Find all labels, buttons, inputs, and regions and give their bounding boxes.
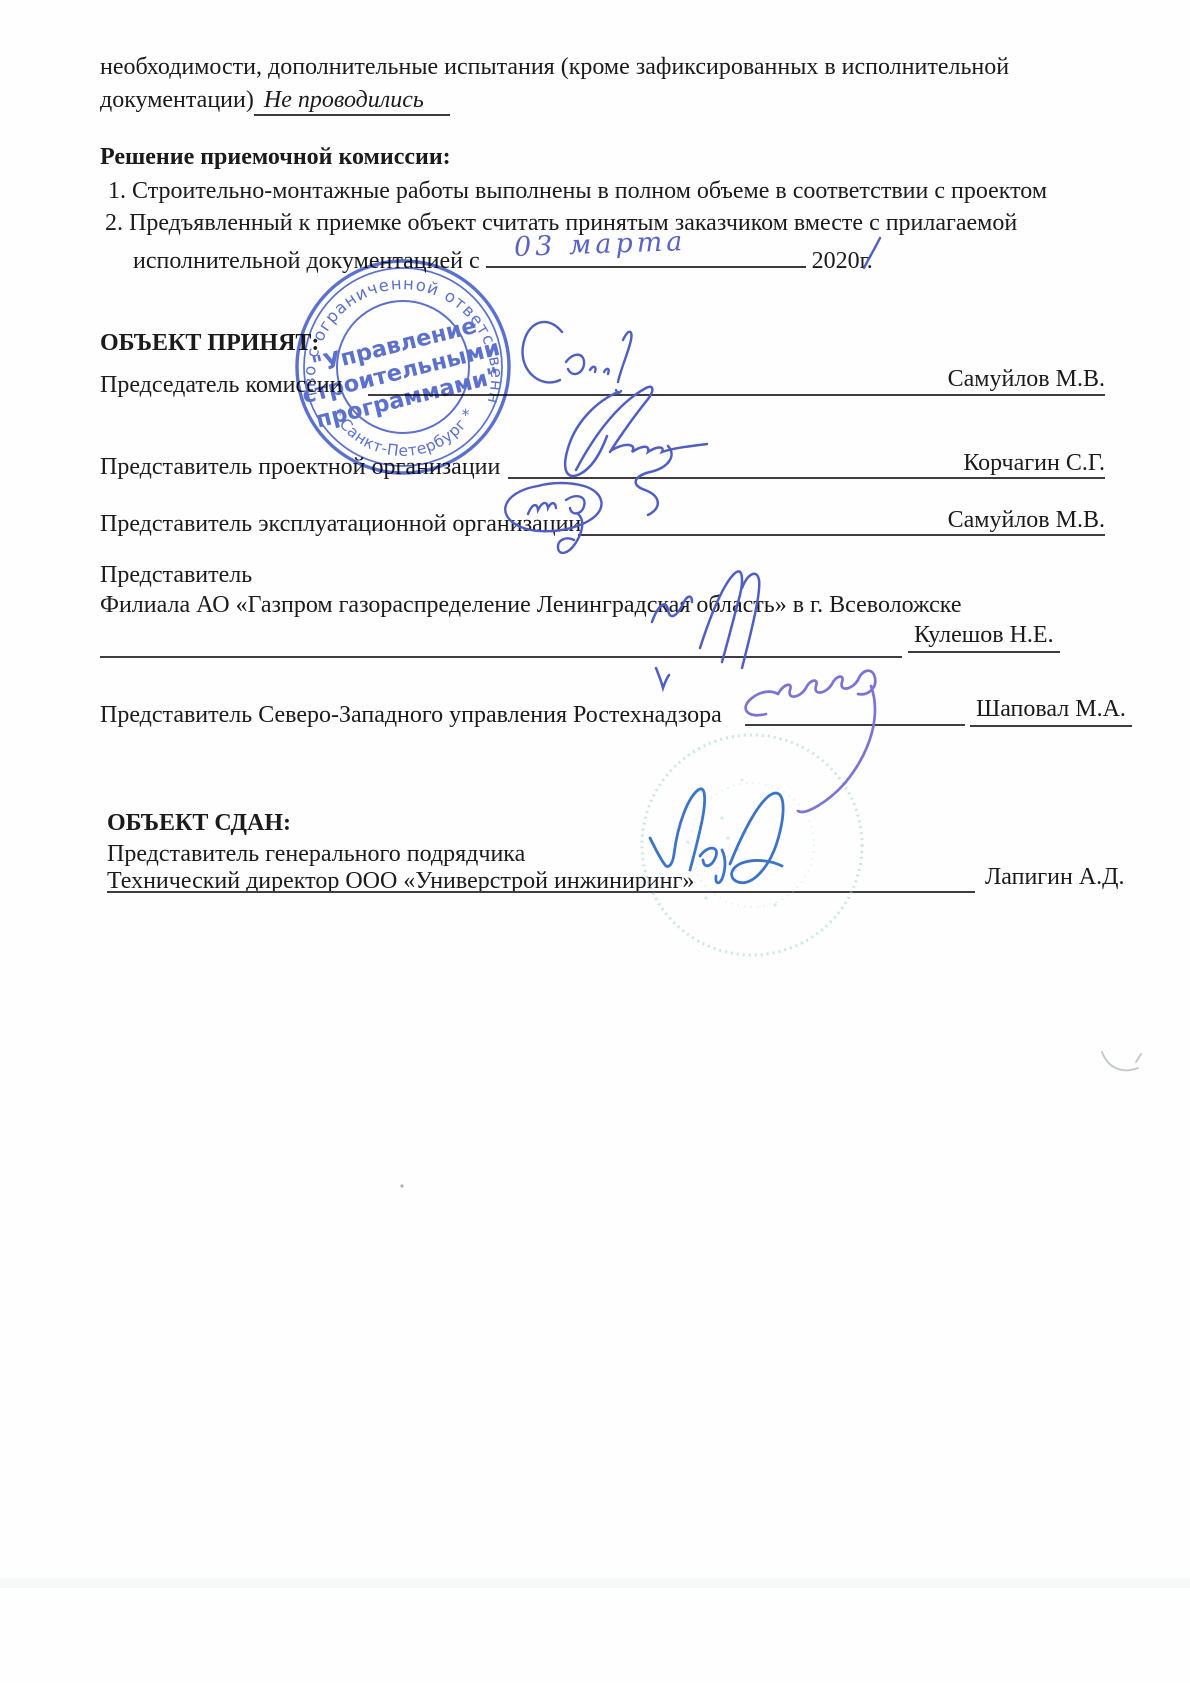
stamp-center-line1: "Управление bbox=[310, 313, 480, 379]
paragraph-line-1: необходимости, дополнительные испытания … bbox=[100, 52, 1009, 82]
handed-contractor-label: Представитель генерального подрядчика bbox=[107, 839, 525, 869]
row-design-org-label: Представитель проектной организации bbox=[100, 452, 500, 482]
row-branch-label-line1: Представитель bbox=[100, 560, 252, 590]
row-operating-org-label: Представитель эксплуатационной организац… bbox=[100, 509, 581, 539]
row-chairman-signature-line bbox=[368, 394, 1105, 396]
row-operating-org-signature-line bbox=[578, 534, 1105, 536]
row-rostekhnadzor-signature-line bbox=[745, 724, 965, 726]
date-blank-line: 03 марта bbox=[486, 238, 806, 268]
row-rostekhnadzor-label: Представитель Северо-Западного управлени… bbox=[100, 700, 722, 730]
decision-item-2-continuation-row: исполнительной документацией с 03 марта … bbox=[133, 238, 873, 276]
row-chairman-label: Председатель комиссии bbox=[100, 370, 342, 400]
scan-crescent-artifact bbox=[1102, 1052, 1141, 1070]
scan-artifact-band bbox=[0, 1578, 1190, 1588]
paragraph-line-2: документации)Не проводились bbox=[100, 85, 450, 115]
decision-item-1: 1. Строительно-монтажные работы выполнен… bbox=[108, 176, 1047, 206]
row-rostekhnadzor-name: Шаповал М.А. bbox=[970, 696, 1132, 727]
signature-branch bbox=[652, 571, 759, 688]
object-accepted-heading: ОБЪЕКТ ПРИНЯТ: bbox=[100, 328, 319, 358]
decision-heading: Решение приемочной комиссии: bbox=[100, 142, 451, 172]
handwritten-answer-not-conducted: Не проводились bbox=[254, 87, 450, 116]
row-branch-signature-line bbox=[100, 656, 902, 658]
handed-name: Лапигин А.Д. bbox=[985, 864, 1125, 891]
paragraph-line-2-prefix: документации) bbox=[100, 87, 254, 113]
item2-continuation-text: исполнительной документацией с bbox=[133, 246, 480, 276]
row-design-org-name: Корчагин С.Г. bbox=[963, 450, 1105, 477]
handwritten-date: 03 марта bbox=[513, 227, 686, 263]
row-branch-label-line2: Филиала АО «Газпром газораспределение Ле… bbox=[100, 590, 962, 620]
row-operating-org-name: Самуйлов М.В. bbox=[948, 507, 1105, 534]
handed-signature-line bbox=[107, 891, 975, 893]
signature-rostekhnadzor bbox=[746, 671, 876, 812]
signature-design-org bbox=[565, 387, 707, 515]
scanned-acceptance-act-page: { "para": { "line1": "необходимости, доп… bbox=[0, 0, 1190, 1683]
year-suffix: г. bbox=[860, 246, 873, 276]
object-handed-heading: ОБЪЕКТ СДАН: bbox=[107, 808, 291, 838]
row-branch-name: Кулешов Н.Е. bbox=[908, 622, 1060, 653]
faint-round-stamp bbox=[642, 735, 862, 955]
row-chairman-name: Самуйлов М.В. bbox=[948, 366, 1105, 393]
row-design-org-signature-line bbox=[508, 477, 1105, 479]
scan-speck bbox=[400, 1184, 403, 1187]
signature-chairman bbox=[523, 322, 632, 393]
year-text: 2020 bbox=[812, 246, 860, 276]
